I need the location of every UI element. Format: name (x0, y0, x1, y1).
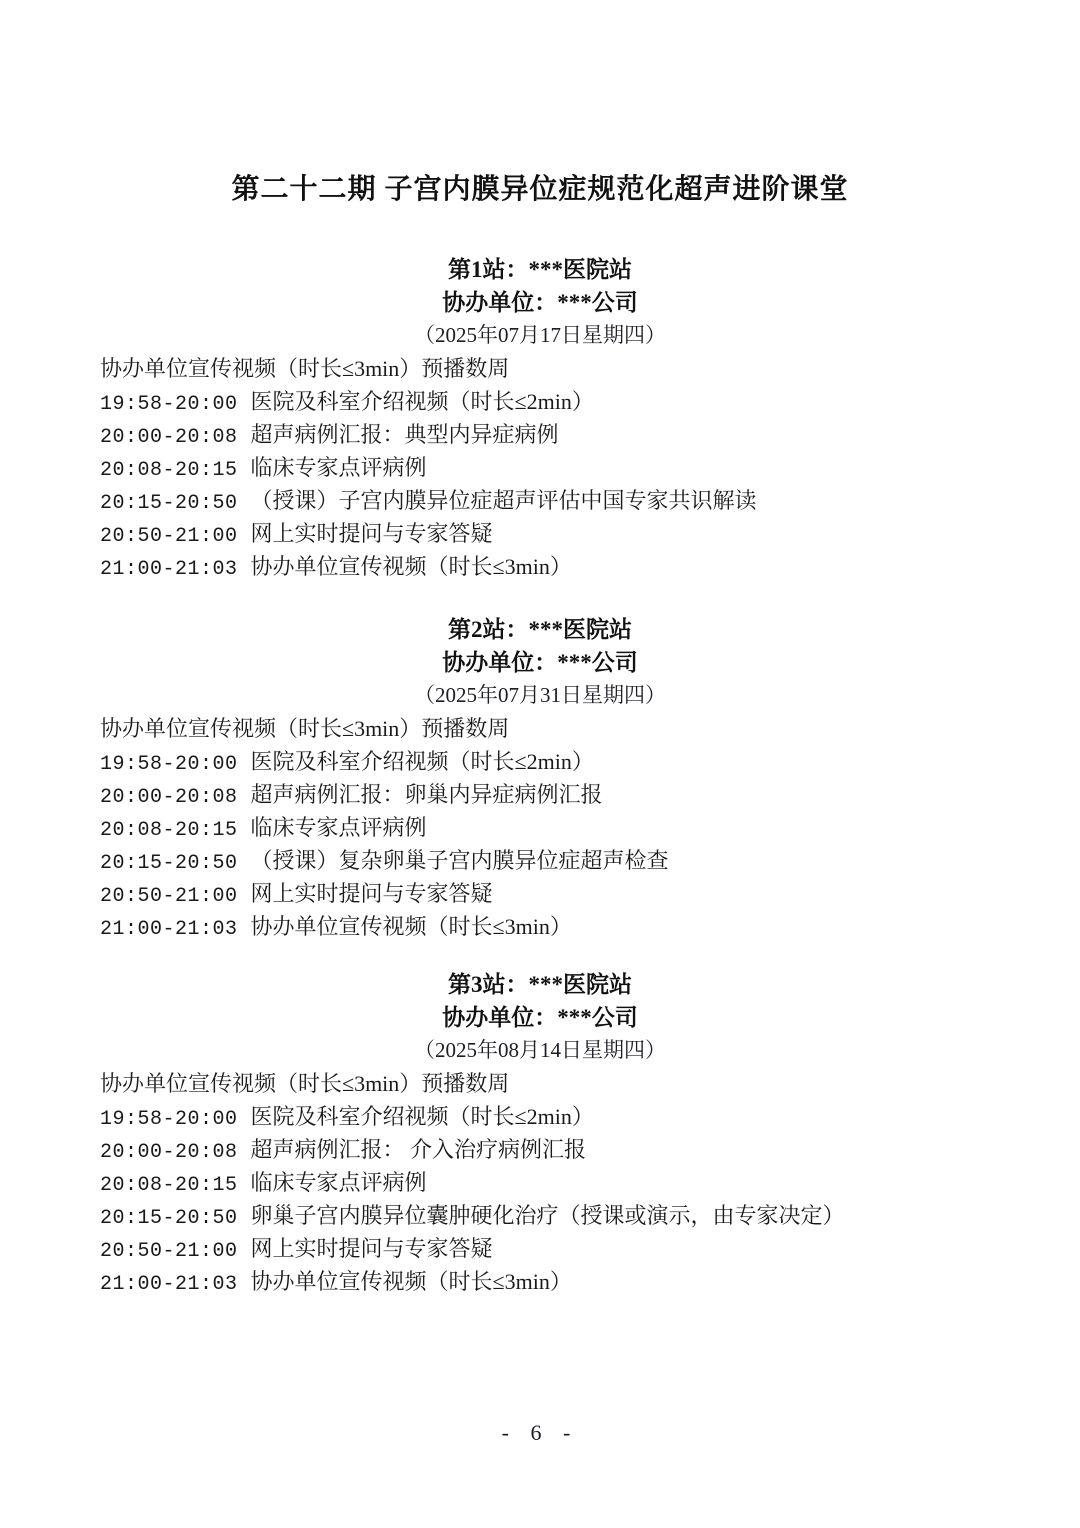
schedule-time: 20:08-20:15 (100, 1174, 238, 1197)
schedule-time: 20:00-20:08 (100, 786, 238, 809)
document-page: 第二十二期 子宫内膜异位症规范化超声进阶课堂 第1站：***医院站协办单位：**… (0, 0, 1080, 1528)
schedule-row: 20:08-20:15临床专家点评病例 (0, 451, 1080, 484)
schedule-row: 20:15-20:50卵巢子宫内膜异位囊肿硬化治疗（授课或演示，由专家决定） (0, 1199, 1080, 1232)
schedule-description: 网上实时提问与专家答疑 (251, 521, 493, 546)
schedule-row: 协办单位宣传视频（时长≤3min）预播数周 (0, 352, 1080, 385)
schedule-description: （授课）子宫内膜异位症超声评估中国专家共识解读 (251, 488, 757, 513)
organizer-line: 协办单位：***公司 (0, 1001, 1080, 1034)
schedule-time: 19:58-20:00 (100, 753, 238, 776)
schedule-row: 19:58-20:00医院及科室介绍视频（时长≤2min） (0, 745, 1080, 778)
schedule-row: 19:58-20:00医院及科室介绍视频（时长≤2min） (0, 385, 1080, 418)
schedule-description: 医院及科室介绍视频（时长≤2min） (251, 1104, 594, 1129)
schedule-description: 协办单位宣传视频（时长≤3min） (251, 914, 572, 939)
schedule-row: 协办单位宣传视频（时长≤3min）预播数周 (0, 1067, 1080, 1100)
schedule-row: 20:08-20:15临床专家点评病例 (0, 1166, 1080, 1199)
station-title: 第3站：***医院站 (0, 968, 1080, 1001)
schedule-time: 20:00-20:08 (100, 426, 238, 449)
schedule-row: 20:50-21:00网上实时提问与专家答疑 (0, 1232, 1080, 1265)
schedule-description: 协办单位宣传视频（时长≤3min）预播数周 (100, 1071, 509, 1096)
schedule-time: 19:58-20:00 (100, 1108, 238, 1131)
schedule-description: 临床专家点评病例 (251, 815, 427, 840)
date-line: （2025年08月14日星期四） (0, 1034, 1080, 1067)
schedule-row: 20:15-20:50（授课）子宫内膜异位症超声评估中国专家共识解读 (0, 484, 1080, 517)
schedule-time: 21:00-21:03 (100, 918, 238, 941)
page-number: - 6 - (0, 1419, 1080, 1447)
document-title: 第二十二期 子宫内膜异位症规范化超声进阶课堂 (0, 174, 1080, 206)
organizer-line: 协办单位：***公司 (0, 286, 1080, 319)
schedule-time: 21:00-21:03 (100, 1273, 238, 1296)
schedule-description: 卵巢子宫内膜异位囊肿硬化治疗（授课或演示，由专家决定） (251, 1203, 845, 1228)
schedule-time: 19:58-20:00 (100, 393, 238, 416)
schedule-time: 21:00-21:03 (100, 558, 238, 581)
schedule-time: 20:08-20:15 (100, 459, 238, 482)
schedule-row: 21:00-21:03协办单位宣传视频（时长≤3min） (0, 550, 1080, 583)
schedule-row: 20:15-20:50（授课）复杂卵巢子宫内膜异位症超声检查 (0, 844, 1080, 877)
schedule-time: 20:00-20:08 (100, 1141, 238, 1164)
schedule-row: 19:58-20:00医院及科室介绍视频（时长≤2min） (0, 1100, 1080, 1133)
schedule-row: 21:00-21:03协办单位宣传视频（时长≤3min） (0, 1265, 1080, 1298)
station-title: 第2站：***医院站 (0, 613, 1080, 646)
schedule-time: 20:15-20:50 (100, 852, 238, 875)
station-title: 第1站：***医院站 (0, 253, 1080, 286)
session-section-2: 第2站：***医院站协办单位：***公司（2025年07月31日星期四）协办单位… (0, 613, 1080, 943)
schedule-time: 20:15-20:50 (100, 492, 238, 515)
schedule-description: 医院及科室介绍视频（时长≤2min） (251, 389, 594, 414)
schedule-description: 网上实时提问与专家答疑 (251, 1236, 493, 1261)
schedule-description: 协办单位宣传视频（时长≤3min）预播数周 (100, 716, 509, 741)
schedule-description: 超声病例汇报： 介入治疗病例汇报 (251, 1137, 587, 1162)
schedule-description: 临床专家点评病例 (251, 1170, 427, 1195)
schedule-row: 20:00-20:08超声病例汇报： 介入治疗病例汇报 (0, 1133, 1080, 1166)
schedule-row: 20:50-21:00网上实时提问与专家答疑 (0, 877, 1080, 910)
schedule-description: 临床专家点评病例 (251, 455, 427, 480)
date-line: （2025年07月17日星期四） (0, 319, 1080, 352)
schedule-description: 协办单位宣传视频（时长≤3min） (251, 554, 572, 579)
schedule-description: 超声病例汇报：典型内异症病例 (251, 422, 559, 447)
schedule-time: 20:50-21:00 (100, 885, 238, 908)
schedule-description: 医院及科室介绍视频（时长≤2min） (251, 749, 594, 774)
schedule-time: 20:50-21:00 (100, 1240, 238, 1263)
schedule-description: （授课）复杂卵巢子宫内膜异位症超声检查 (251, 848, 669, 873)
schedule-time: 20:50-21:00 (100, 525, 238, 548)
schedule-row: 21:00-21:03协办单位宣传视频（时长≤3min） (0, 910, 1080, 943)
schedule-row: 20:00-20:08超声病例汇报：典型内异症病例 (0, 418, 1080, 451)
schedule-row: 20:08-20:15临床专家点评病例 (0, 811, 1080, 844)
schedule-description: 协办单位宣传视频（时长≤3min） (251, 1269, 572, 1294)
schedule-time: 20:15-20:50 (100, 1207, 238, 1230)
schedule-row: 20:00-20:08超声病例汇报：卵巢内异症病例汇报 (0, 778, 1080, 811)
schedule-description: 协办单位宣传视频（时长≤3min）预播数周 (100, 356, 509, 381)
schedule-row: 协办单位宣传视频（时长≤3min）预播数周 (0, 712, 1080, 745)
session-section-3: 第3站：***医院站协办单位：***公司（2025年08月14日星期四）协办单位… (0, 968, 1080, 1298)
schedule-row: 20:50-21:00网上实时提问与专家答疑 (0, 517, 1080, 550)
date-line: （2025年07月31日星期四） (0, 679, 1080, 712)
organizer-line: 协办单位：***公司 (0, 646, 1080, 679)
schedule-description: 网上实时提问与专家答疑 (251, 881, 493, 906)
schedule-description: 超声病例汇报：卵巢内异症病例汇报 (251, 782, 603, 807)
session-section-1: 第1站：***医院站协办单位：***公司（2025年07月17日星期四）协办单位… (0, 253, 1080, 583)
schedule-time: 20:08-20:15 (100, 819, 238, 842)
